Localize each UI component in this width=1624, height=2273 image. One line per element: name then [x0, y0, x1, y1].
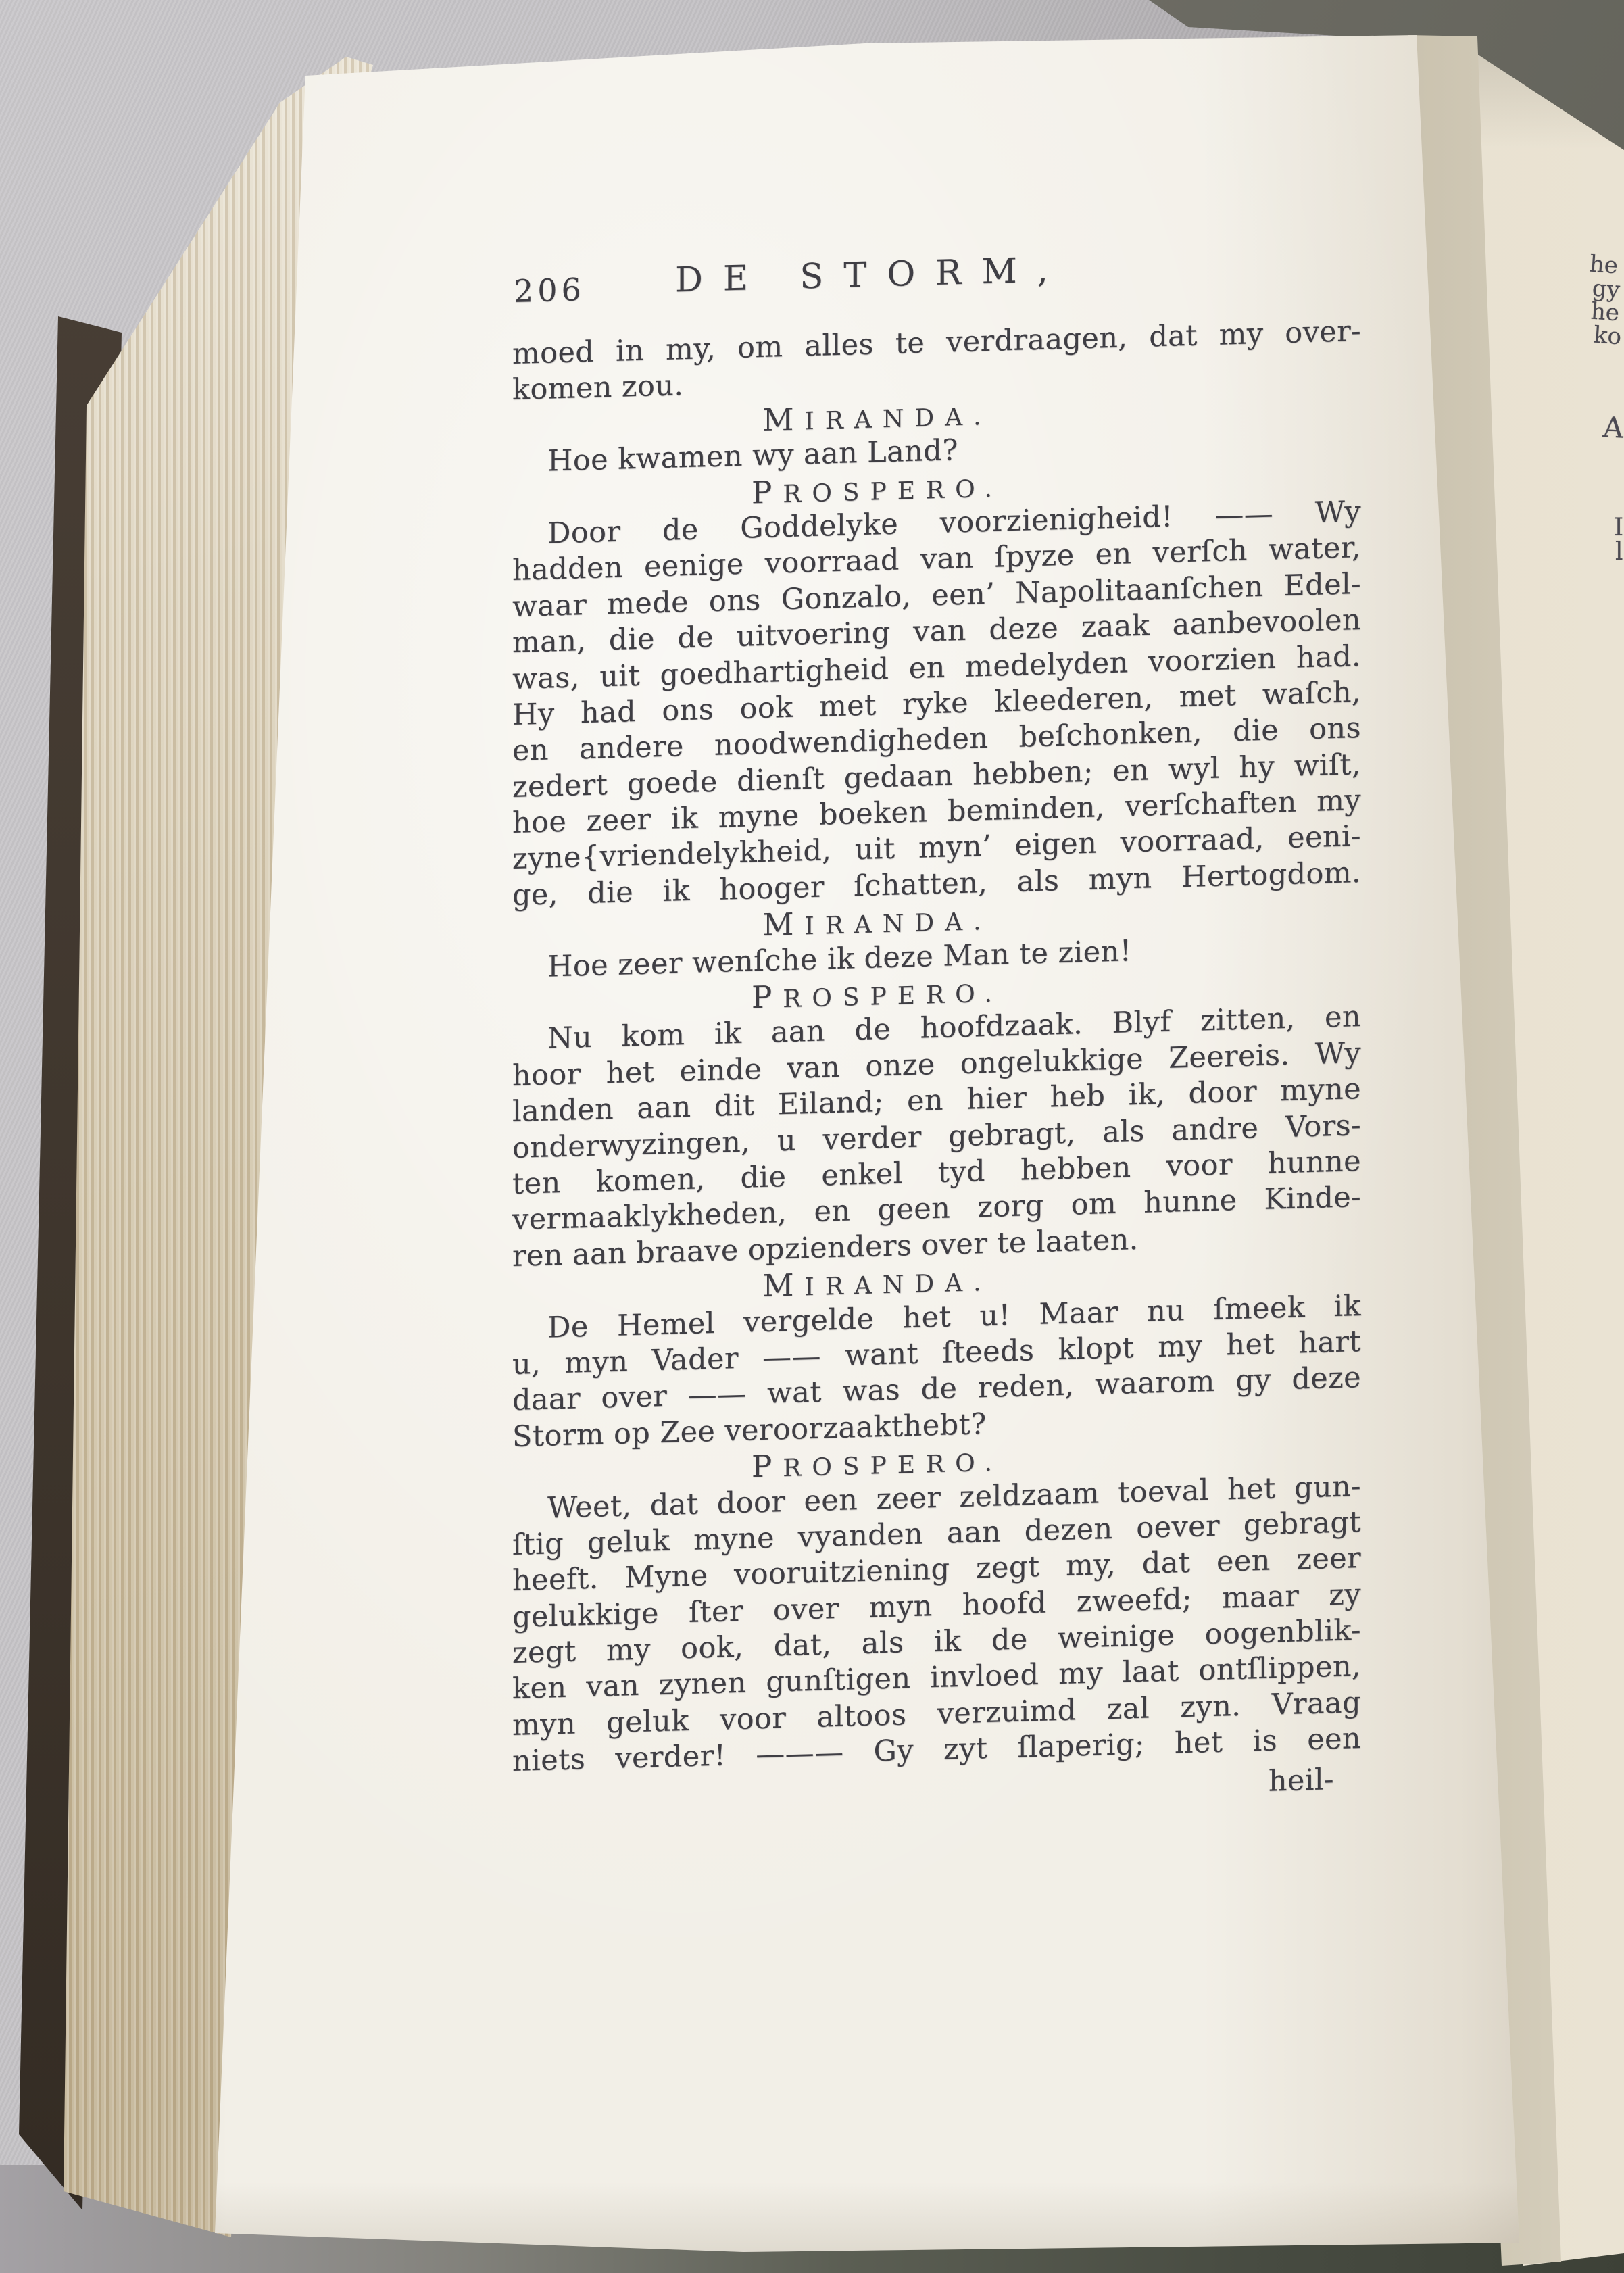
facing-page-fragment: l	[1615, 538, 1623, 566]
page-number: 206	[514, 271, 585, 310]
printed-text: 206 DE STORM, moed in my, om alles te ve…	[512, 242, 1361, 1820]
page-lines: moed in my, om alles te verdraagen, dat …	[512, 314, 1361, 1780]
facing-page-fragment: A	[1602, 410, 1624, 445]
facing-page-fragment: ko	[1593, 322, 1623, 351]
book-photo: 206 DE STORM, moed in my, om alles te ve…	[0, 0, 1624, 2273]
facing-page-fragment: I	[1614, 514, 1623, 541]
